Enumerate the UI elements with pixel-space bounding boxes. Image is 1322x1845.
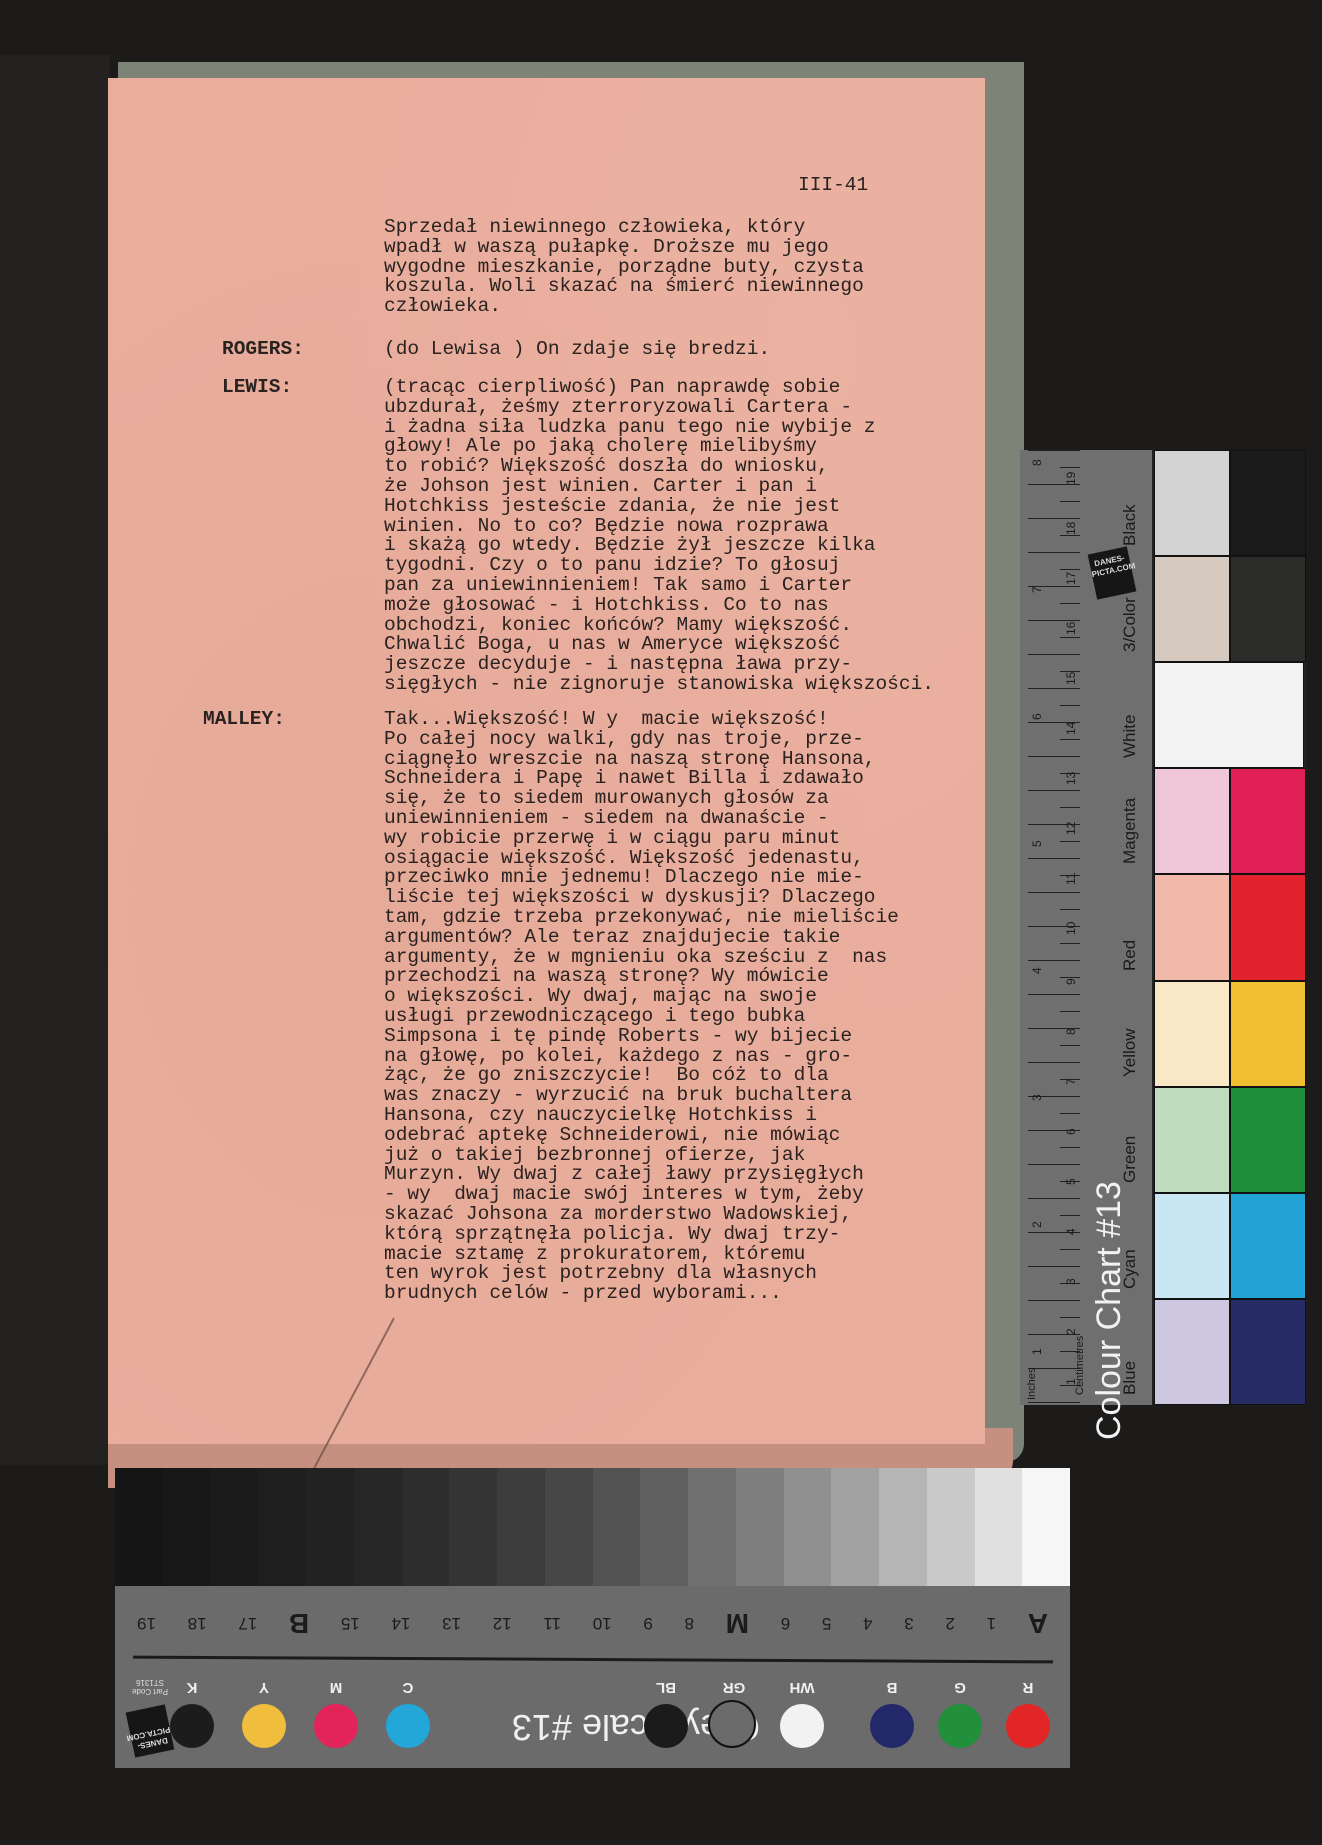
cm-tick-label: 6: [1064, 1128, 1078, 1135]
grey-step: [736, 1468, 784, 1586]
patch-label: White: [1120, 715, 1140, 758]
centimetres-label: Centimetres: [1074, 1336, 1086, 1395]
swatch-cyan-dark: [1230, 1193, 1306, 1299]
dot-label: WH: [780, 1679, 824, 1696]
text-line: - wy dwaj macie swój interes w tym, żeby: [384, 1185, 899, 1205]
text-line: Hansona, czy nauczycielkę Hotchkiss i: [384, 1106, 899, 1126]
dot-label: GR: [712, 1679, 756, 1696]
speech-block: (do Lewisa ) On zdaje się bredzi.: [384, 340, 770, 360]
color-dot-b: [870, 1704, 914, 1748]
text-line: się, że to siedem murowanych głosów za: [384, 789, 899, 809]
grey-scale-lower: Grey Scale #13 RGBWHGRBLCMYKDANES-PICTA.…: [115, 1668, 1070, 1766]
cm-tick-label: 13: [1064, 772, 1078, 785]
swatch-blue-light: [1154, 1299, 1230, 1405]
color-dot-r: [1006, 1704, 1050, 1748]
text-line: Sprzedał niewinnego człowieka, który: [384, 218, 864, 238]
text-line: to robić? Większość doszła do wniosku,: [384, 457, 934, 477]
inch-tick-label: 2: [1030, 1221, 1044, 1228]
text-line: o większości. Wy dwaj, mając na swoje: [384, 987, 899, 1007]
text-line: sięgłych - nie zignoruje stanowiska więk…: [384, 675, 934, 695]
text-line: skazać Johsona za morderstwo Wadowskiej,: [384, 1205, 899, 1225]
grey-step: [784, 1468, 832, 1586]
step-label: A: [1028, 1607, 1048, 1639]
text-line: Simpsona i tę pindę Roberts - wy bijecie: [384, 1027, 899, 1047]
step-label: 10: [593, 1613, 612, 1633]
patch-label: Yellow: [1120, 1028, 1140, 1077]
patch-label: 3/Color: [1120, 597, 1140, 652]
step-label: 14: [392, 1613, 411, 1633]
dot-label: C: [386, 1679, 430, 1696]
step-label: 19: [137, 1613, 156, 1633]
grey-step: [258, 1468, 306, 1586]
dot-label: K: [170, 1679, 214, 1696]
grey-step: [306, 1468, 354, 1586]
cm-tick-label: 7: [1064, 1078, 1078, 1085]
step-label: 12: [493, 1613, 512, 1633]
text-line: was znaczy - wyrzucić na bruk buchaltera: [384, 1086, 899, 1106]
patch-label: Red: [1120, 939, 1140, 970]
grey-step: [402, 1468, 450, 1586]
cm-tick-label: 10: [1064, 922, 1078, 935]
text-line: tygodni. Czy o to panu idzie? To głosuj: [384, 556, 934, 576]
text-line: (tracąc cierpliwość) Pan naprawdę sobie: [384, 378, 934, 398]
cm-tick-label: 3: [1064, 1278, 1078, 1285]
grey-step: [1022, 1468, 1070, 1586]
step-label: 4: [863, 1613, 872, 1633]
dot-label: R: [1006, 1679, 1050, 1696]
speaker-name: LEWIS:: [222, 378, 292, 398]
part-code: Part Code ST1316: [125, 1678, 175, 1696]
step-label: 18: [188, 1613, 207, 1633]
cm-tick-label: 16: [1064, 622, 1078, 635]
step-label: 17: [238, 1613, 257, 1633]
text-line: Po całej nocy walki, gdy nas troje, prze…: [384, 730, 899, 750]
step-label: 9: [643, 1613, 652, 1633]
text-line: pan za uniewinnieniem! Tak samo i Carter: [384, 576, 934, 596]
text-line: usługi przewodniczącego i tego bubka: [384, 1007, 899, 1027]
dot-label: B: [870, 1679, 914, 1696]
cm-tick-label: 11: [1064, 873, 1078, 885]
swatch-green-dark: [1230, 1087, 1306, 1193]
step-label: 2: [945, 1613, 954, 1633]
divider: [133, 1656, 1053, 1664]
cm-tick-label: 9: [1064, 978, 1078, 985]
color-dot-k: [170, 1704, 214, 1748]
color-dot-g: [938, 1704, 982, 1748]
inch-tick-label: 8: [1030, 459, 1044, 466]
swatch-magenta-dark: [1230, 768, 1306, 874]
ruler: 1234567891011121314151617181912345678 DA…: [1020, 450, 1152, 1405]
speaker-name: MALLEY:: [203, 710, 285, 730]
inches-label: Inches: [1026, 1368, 1038, 1400]
text-line: liście tej większości w dyskusji? Dlacze…: [384, 888, 899, 908]
dot-label: Y: [242, 1679, 286, 1696]
step-label: 15: [341, 1613, 360, 1633]
grey-step: [115, 1468, 163, 1586]
grey-step: [640, 1468, 688, 1586]
patch-label: Cyan: [1120, 1249, 1140, 1289]
swatch-green-light: [1154, 1087, 1230, 1193]
dot-label: G: [938, 1679, 982, 1696]
cm-tick-label: 5: [1064, 1178, 1078, 1185]
speech-block: Tak...Większość! W y macie większość!Po …: [384, 710, 899, 1304]
grey-step: [927, 1468, 975, 1586]
cm-tick-label: 14: [1064, 722, 1078, 735]
text-line: (do Lewisa ) On zdaje się bredzi.: [384, 340, 770, 360]
text-line: człowieka.: [384, 297, 864, 317]
patch-label: Magenta: [1120, 798, 1140, 864]
swatch-red-light: [1154, 874, 1230, 980]
swatch-white: [1154, 662, 1304, 768]
grey-step: [354, 1468, 402, 1586]
cm-tick-label: 4: [1064, 1228, 1078, 1235]
text-line: odebrać aptekę Schneiderowi, nie mówiąc: [384, 1126, 899, 1146]
grey-step: [593, 1468, 641, 1586]
step-label: 1: [987, 1613, 996, 1633]
color-dot-wh: [780, 1704, 824, 1748]
step-label: 11: [543, 1613, 561, 1633]
cm-tick-label: 19: [1064, 472, 1078, 485]
swatch-3-color-light: [1154, 556, 1230, 662]
color-dot-c: [386, 1704, 430, 1748]
swatch-blue-dark: [1230, 1299, 1306, 1405]
grey-step: [497, 1468, 545, 1586]
step-label: 5: [822, 1613, 831, 1633]
inch-tick-label: 3: [1030, 1094, 1044, 1101]
cm-tick-label: 12: [1064, 822, 1078, 835]
background-left-strip: [0, 55, 110, 1465]
inch-tick-label: 1: [1030, 1348, 1044, 1355]
swatch-magenta-light: [1154, 768, 1230, 874]
speech-block: (tracąc cierpliwość) Pan naprawdę sobieu…: [384, 378, 934, 695]
cm-tick-label: 8: [1064, 1028, 1078, 1035]
text-line: wy robicie przerwę i w ciągu paru minut: [384, 829, 899, 849]
text-line: ubzdurał, żeśmy zterroryzowali Cartera -: [384, 398, 934, 418]
grey-step: [545, 1468, 593, 1586]
swatch-yellow-light: [1154, 981, 1230, 1087]
colour-chart: 1234567891011121314151617181912345678 DA…: [1020, 450, 1306, 1405]
grey-step: [831, 1468, 879, 1586]
grey-scale-chart: A123456M89101112131415B171819 Grey Scale…: [115, 1468, 1070, 1768]
grey-step: [688, 1468, 736, 1586]
swatch-yellow-dark: [1230, 981, 1306, 1087]
cm-tick-label: 17: [1064, 572, 1078, 585]
patch-label: Blue: [1120, 1361, 1140, 1395]
step-label: 3: [904, 1613, 913, 1633]
step-label: 8: [685, 1613, 694, 1633]
brand-logo: DANES-PICTA.COM: [126, 1704, 175, 1757]
color-dot-gr: [708, 1700, 756, 1748]
color-dot-m: [314, 1704, 358, 1748]
inch-tick-label: 5: [1030, 840, 1044, 847]
color-dot-bl: [644, 1704, 688, 1748]
grey-steps: [115, 1468, 1070, 1586]
colour-chart-title: Colour Chart #13: [1090, 1181, 1129, 1440]
speaker-name: ROGERS:: [222, 340, 304, 360]
swatch-black-dark: [1230, 450, 1306, 556]
cm-tick-label: 2: [1064, 1328, 1078, 1335]
text-line: Hotchkiss jesteście zdania, że nie jest: [384, 497, 934, 517]
swatch-cyan-light: [1154, 1193, 1230, 1299]
grey-step: [879, 1468, 927, 1586]
text-line: że Johson jest winien. Carter i pan i: [384, 477, 934, 497]
text-line: jeszcze decyduje - i następna ława przy-: [384, 655, 934, 675]
step-label: M: [726, 1607, 749, 1639]
dot-label: M: [314, 1679, 358, 1696]
page-number: III-41: [798, 176, 868, 196]
inch-tick-label: 4: [1030, 967, 1044, 974]
grey-step: [975, 1468, 1023, 1586]
step-label: 6: [781, 1613, 790, 1633]
step-label: B: [289, 1607, 309, 1639]
text-line: brudnych celów - przed wyborami...: [384, 1284, 899, 1304]
text-line: może głosować - i Hotchkiss. Co to nas: [384, 596, 934, 616]
cm-tick-label: 18: [1064, 522, 1078, 535]
patch-label: Green: [1120, 1136, 1140, 1183]
swatch-red-dark: [1230, 874, 1306, 980]
grey-step: [449, 1468, 497, 1586]
text-line: Tak...Większość! W y macie większość!: [384, 710, 899, 730]
grey-step-labels: A123456M89101112131415B171819: [115, 1598, 1070, 1648]
inch-tick-label: 6: [1030, 713, 1044, 720]
intro-paragraph: Sprzedał niewinnego człowieka, którywpad…: [384, 218, 864, 317]
cm-tick-label: 15: [1064, 672, 1078, 685]
text-line: wpadł w waszą pułapkę. Droższe mu jego: [384, 238, 864, 258]
text-line: uniewinnieniem - siedem na dwanaście -: [384, 809, 899, 829]
swatch-3-color-dark: [1230, 556, 1306, 662]
text-line: argumentów? Ale teraz znajdujecie takie: [384, 928, 899, 948]
grey-step: [163, 1468, 211, 1586]
step-label: 13: [442, 1613, 461, 1633]
grey-step: [211, 1468, 259, 1586]
text-line: tam, gdzie trzeba przekonywać, nie mieli…: [384, 908, 899, 928]
dot-label: BL: [644, 1679, 688, 1696]
swatch-black-light: [1154, 450, 1230, 556]
patch-label: Black: [1120, 505, 1140, 547]
text-line: którą sprzątnęła policja. Wy dwaj trzy-: [384, 1225, 899, 1245]
color-dot-y: [242, 1704, 286, 1748]
brand-logo: DANES-PICTA.COM: [1088, 546, 1137, 599]
typewritten-page: III-41 Sprzedał niewinnego człowieka, kt…: [108, 78, 985, 1444]
inch-tick-label: 7: [1030, 586, 1044, 593]
